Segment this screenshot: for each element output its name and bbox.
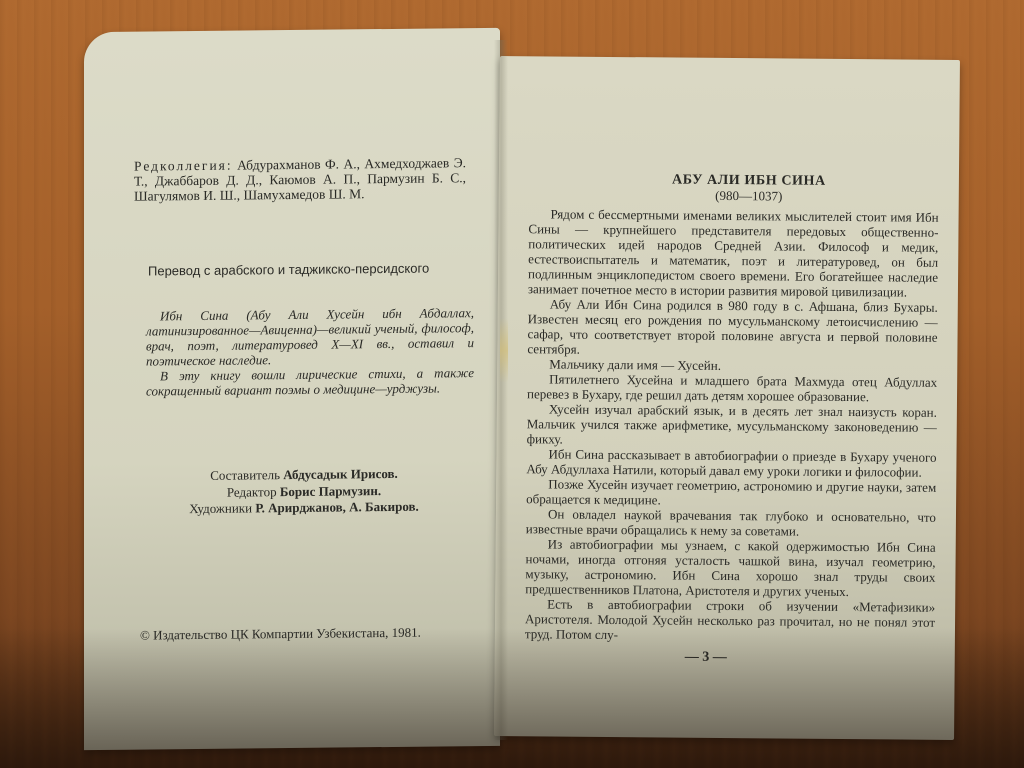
paragraph: Позже Хусейн изучает геометрию, астроном… [526, 476, 936, 510]
paragraph: Рядом с бессмертными именами великих мыс… [528, 206, 939, 300]
life-years: (980—1037) [559, 188, 939, 205]
paragraph: Пятилетнего Хусейна и младшего брата Мах… [527, 371, 937, 405]
annotation-paragraph: В эту книгу вошли лирические стихи, а та… [146, 365, 474, 398]
annotation: Ибн Сина (Абу Али Хусейн ибн Абдаллах, л… [146, 305, 474, 398]
paragraph: Ибн Сина рассказывает в автобиографии о … [526, 446, 936, 480]
translation-note: Перевод с арабского и таджикско-персидск… [148, 261, 429, 279]
artists-line: Художники Р. Ариpджанов, А. Бакиров. [154, 498, 454, 518]
editorial-label: Редколлегия: [134, 158, 233, 174]
artists-label: Художники [189, 500, 252, 516]
editor-label: Редактор [227, 484, 277, 500]
editor-name: Борис Пармузин. [280, 483, 381, 499]
artists-names: Р. Ариpджанов, А. Бакиров. [255, 499, 418, 516]
compiler-label: Составитель [210, 467, 280, 483]
credits: Составитель Абдусадык Ирисов. Редактор Б… [154, 465, 454, 518]
paragraph: Абу Али Ибн Сина родился в 980 году в с.… [527, 296, 938, 360]
table-shadow [0, 628, 1024, 768]
paragraph: Хусейн изучал арабский язык, и в десять … [527, 401, 937, 450]
editorial-board: Редколлегия: Абдурахманов Ф. А., Ахмедхо… [134, 155, 466, 203]
paragraph: Из автобиографии мы узнаем, с какой одер… [525, 536, 936, 600]
body-text: Рядом с бессмертными именами великих мыс… [525, 206, 939, 645]
chapter-heading: АБУ АЛИ ИБН СИНА (980—1037) [559, 172, 939, 205]
annotation-paragraph: Ибн Сина (Абу Али Хусейн ибн Абдаллах, л… [146, 305, 474, 368]
paragraph: Он овладел наукой врачевания так глубоко… [526, 506, 936, 540]
compiler-name: Абдусадык Ирисов. [283, 466, 398, 482]
glue-stain [500, 318, 508, 383]
